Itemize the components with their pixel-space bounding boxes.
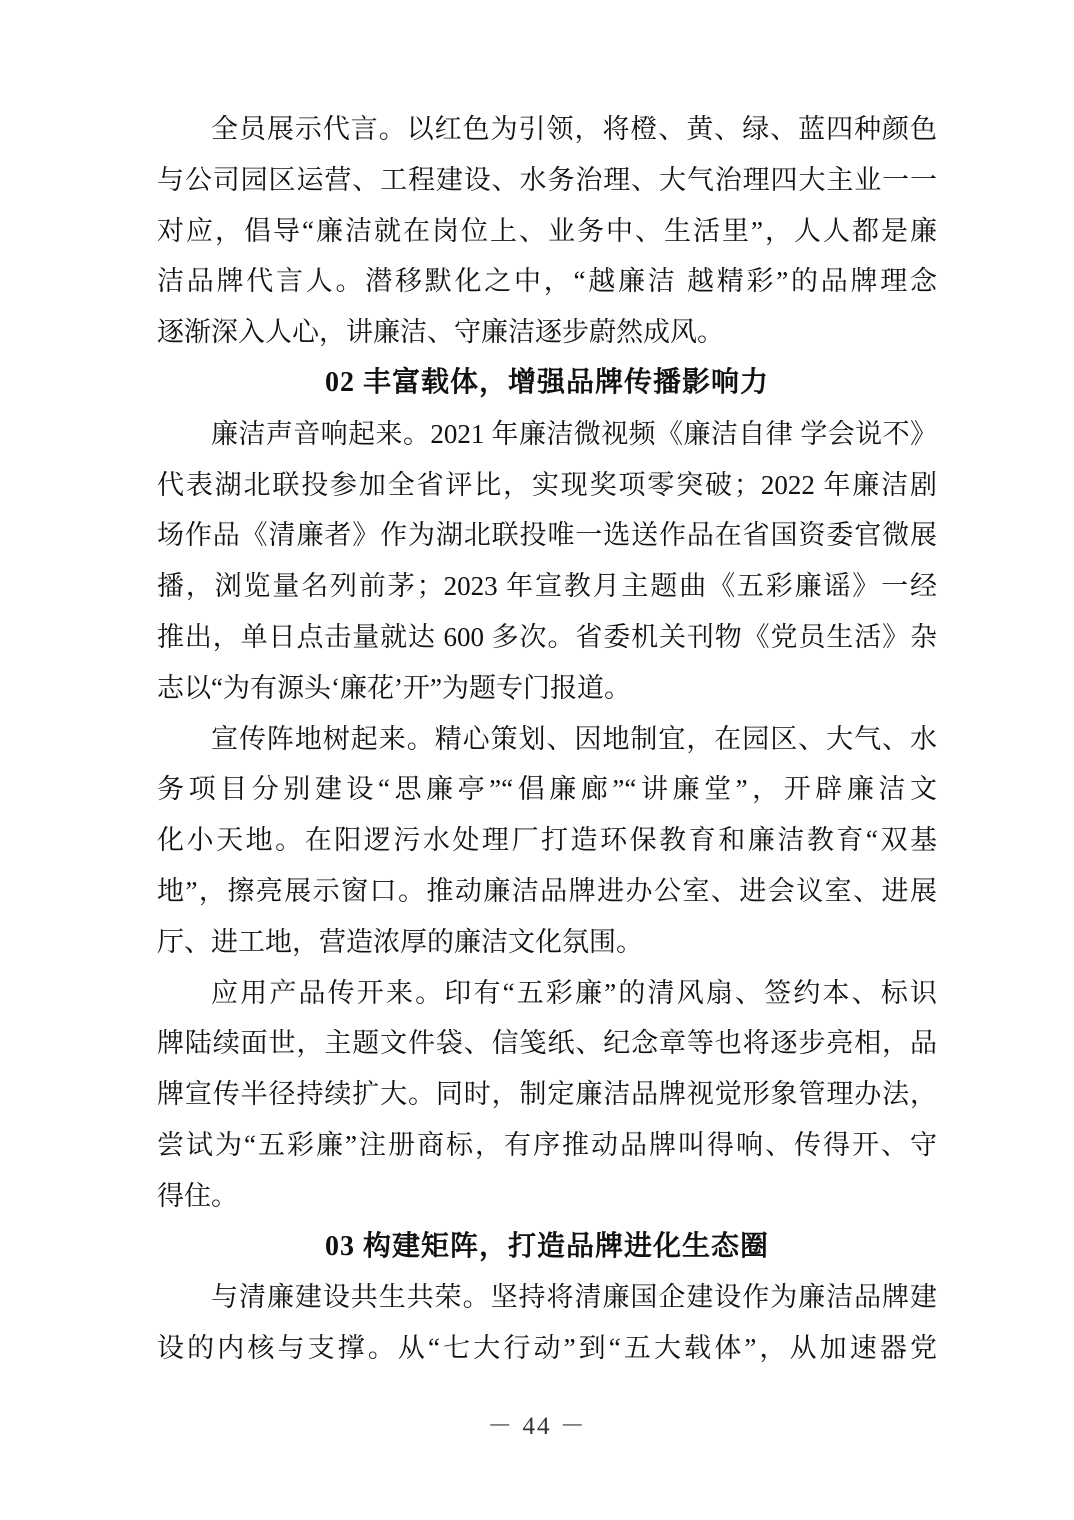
paragraph-line: 牌陆续面世，主题文件袋、信笺纸、纪念章等也将逐步亮相，品 <box>157 1018 937 1069</box>
paragraph-line: 得住。 <box>157 1171 937 1222</box>
paragraph-line: 厅、进工地，营造浓厚的廉洁文化氛围。 <box>157 917 937 968</box>
paragraph-line: 应用产品传开来。印有“五彩廉”的清风扇、签约本、标识 <box>157 968 937 1019</box>
document-page: 全员展示代言。以红色为引领，将橙、黄、绿、蓝四种颜色与公司园区运营、工程建设、水… <box>0 0 1074 1520</box>
paragraph-line: 志以“为有源头‘廉花’开”为题专门报道。 <box>157 663 937 714</box>
paragraph-line: 地”，擦亮展示窗口。推动廉洁品牌进办公室、进会议室、进展 <box>157 866 937 917</box>
paragraph-line: 洁品牌代言人。潜移默化之中，“越廉洁 越精彩”的品牌理念 <box>157 256 937 307</box>
paragraph-line: 尝试为“五彩廉”注册商标，有序推动品牌叫得响、传得开、守 <box>157 1120 937 1171</box>
document-body: 全员展示代言。以红色为引领，将橙、黄、绿、蓝四种颜色与公司园区运营、工程建设、水… <box>157 104 937 1374</box>
paragraph-line: 廉洁声音响起来。2021 年廉洁微视频《廉洁自律 学会说不》 <box>157 409 937 460</box>
paragraph-line: 逐渐深入人心，讲廉洁、守廉洁逐步蔚然成风。 <box>157 307 937 358</box>
paragraph-line: 代表湖北联投参加全省评比，实现奖项零突破；2022 年廉洁剧 <box>157 460 937 511</box>
section-heading: 02 丰富载体，增强品牌传播影响力 <box>157 358 937 409</box>
paragraph-line: 宣传阵地树起来。精心策划、因地制宜，在园区、大气、水 <box>157 714 937 765</box>
paragraph-line: 与清廉建设共生共荣。坚持将清廉国企建设作为廉洁品牌建 <box>157 1272 937 1323</box>
paragraph-line: 全员展示代言。以红色为引领，将橙、黄、绿、蓝四种颜色 <box>157 104 937 155</box>
paragraph-line: 设的内核与支撑。从“七大行动”到“五大载体”，从加速器党 <box>157 1323 937 1374</box>
paragraph-line: 场作品《清廉者》作为湖北联投唯一选送作品在省国资委官微展 <box>157 510 937 561</box>
paragraph-line: 务项目分别建设“思廉亭”“倡廉廊”“讲廉堂”，开辟廉洁文 <box>157 764 937 815</box>
paragraph-line: 播，浏览量名列前茅；2023 年宣教月主题曲《五彩廉谣》一经 <box>157 561 937 612</box>
page-number: － 44 － <box>487 1413 587 1440</box>
paragraph-line: 牌宣传半径持续扩大。同时，制定廉洁品牌视觉形象管理办法， <box>157 1069 937 1120</box>
paragraph-line: 推出，单日点击量就达 600 多次。省委机关刊物《党员生活》杂 <box>157 612 937 663</box>
page-footer: － 44 － <box>0 1406 1074 1442</box>
paragraph-line: 化小天地。在阳逻污水处理厂打造环保教育和廉洁教育“双基 <box>157 815 937 866</box>
section-heading: 03 构建矩阵，打造品牌进化生态圈 <box>157 1222 937 1273</box>
paragraph-line: 对应，倡导“廉洁就在岗位上、业务中、生活里”，人人都是廉 <box>157 206 937 257</box>
paragraph-line: 与公司园区运营、工程建设、水务治理、大气治理四大主业一一 <box>157 155 937 206</box>
